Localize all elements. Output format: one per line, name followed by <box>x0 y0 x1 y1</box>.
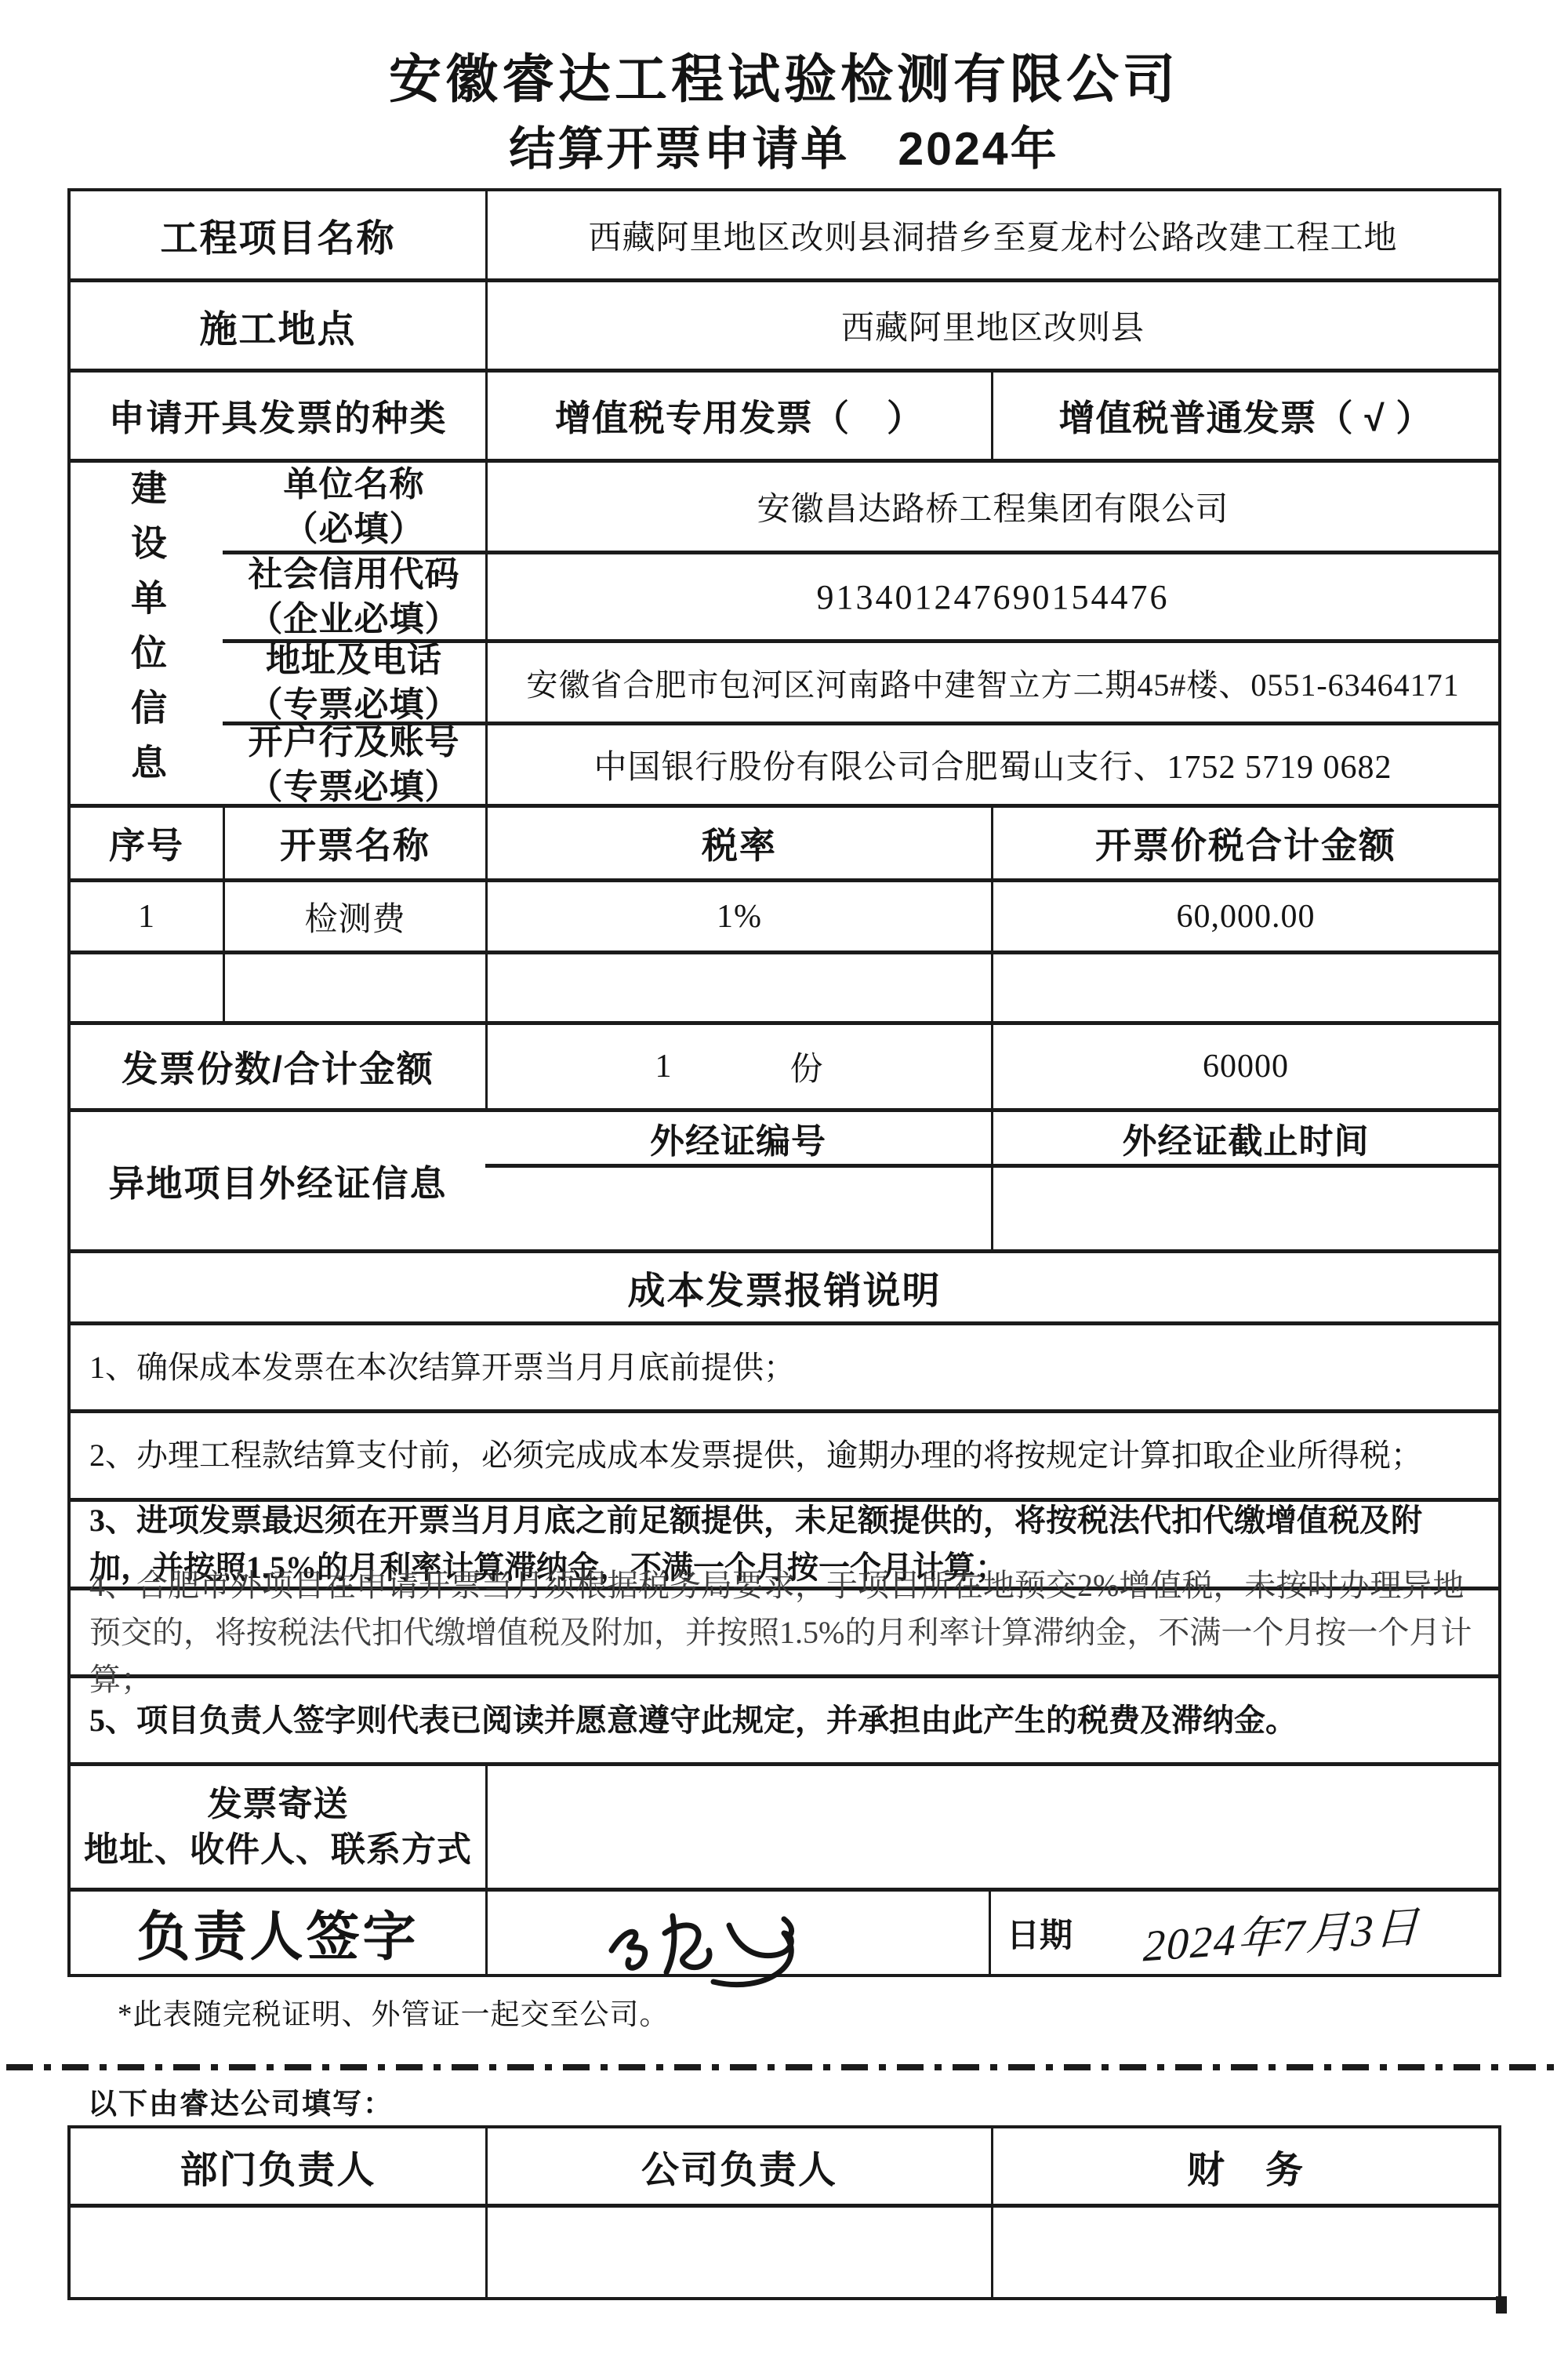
approval-table: 部门负责人 公司负责人 财 务 <box>67 2125 1501 2300</box>
summary-unit: 份 <box>789 1043 823 1090</box>
permit-deadline-value <box>991 1168 1498 1249</box>
notes-title: 成本发票报销说明 <box>71 1253 1498 1321</box>
items-header-row: 序号 开票名称 税率 开票价税合计金额 <box>71 804 1498 878</box>
permit-label: 异地项目外经证信息 <box>71 1112 485 1249</box>
approval-header-finance: 财 务 <box>991 2128 1498 2204</box>
builder-credit-code-label-l1: 社会信用代码 <box>249 552 460 597</box>
approval-header-department: 部门负责人 <box>71 2128 485 2204</box>
builder-bank-label-l1: 开户行及账号 <box>249 720 460 765</box>
item-2-no <box>71 954 223 1021</box>
item-1-amount: 60,000.00 <box>991 882 1498 951</box>
row-project-name: 工程项目名称 西藏阿里地区改则县洞措乡至夏龙村公路改建工程工地 <box>71 191 1498 278</box>
note-4: 4、合肥市外项目在申请开票当月须根据税务局要求，于项目所在地预交2%增值税，未按… <box>71 1590 1498 1674</box>
builder-address-value: 安徽省合肥市包河区河南路中建智立方二期45#楼、0551-63464171 <box>485 643 1498 722</box>
mailing-value <box>485 1766 1498 1888</box>
item-2-rate <box>485 954 991 1021</box>
invoice-kind-general: 增值税普通发票（ √ ） <box>991 373 1498 459</box>
note-row-1: 1、确保成本发票在本次结算开票当月月底前提供； <box>71 1321 1498 1409</box>
permit-value-row <box>485 1164 1498 1249</box>
builder-rows: 单位名称（必填） 安徽昌达路桥工程集团有限公司 社会信用代码（企业必填） 913… <box>223 463 1498 804</box>
note-row-2: 2、办理工程款结算支付前，必须完成成本发票提供，逾期办理的将按规定计算扣取企业所… <box>71 1409 1498 1498</box>
form-title: 结算开票申请单 2024年 <box>0 111 1568 178</box>
builder-name-label-l2: （必填） <box>284 507 425 551</box>
builder-bank-label-l2: （专票必填） <box>249 765 460 809</box>
cut-line-divider <box>6 2064 1562 2070</box>
project-name-value: 西藏阿里地区改则县洞措乡至夏龙村公路改建工程工地 <box>485 191 1498 278</box>
permit-deadline-header: 外经证截止时间 <box>991 1112 1498 1164</box>
invoice-kind-special: 增值税专用发票（ ） <box>485 373 991 459</box>
mailing-row: 发票寄送地址、收件人、联系方式 <box>71 1762 1498 1888</box>
item-1-name: 检测费 <box>223 882 485 951</box>
builder-name-label: 单位名称（必填） <box>223 463 485 551</box>
note-1: 1、确保成本发票在本次结算开票当月月底前提供； <box>71 1325 1498 1409</box>
summary-row: 发票份数/合计金额 1 份 60000 <box>71 1021 1498 1108</box>
main-form-table: 工程项目名称 西藏阿里地区改则县洞措乡至夏龙村公路改建工程工地 施工地点 西藏阿… <box>67 188 1501 1977</box>
approval-value-company <box>485 2208 991 2297</box>
item-2-amount <box>991 954 1498 1021</box>
builder-name-value: 安徽昌达路桥工程集团有限公司 <box>485 463 1498 551</box>
summary-amount: 60000 <box>991 1025 1498 1108</box>
mailing-label-l2: 地址、收件人、联系方式 <box>84 1827 472 1872</box>
row-invoice-kind: 申请开具发票的种类 增值税专用发票（ ） 增值税普通发票（ √ ） <box>71 369 1498 459</box>
summary-count-cell: 1 份 <box>485 1025 991 1108</box>
signature-label: 负责人签字 <box>71 1892 485 1974</box>
date-handwriting: 2024年7月3日 <box>1142 1892 1421 1974</box>
approval-value-finance <box>991 2208 1498 2297</box>
approval-header-row: 部门负责人 公司负责人 财 务 <box>71 2128 1498 2204</box>
date-cell: 日期 2024年7月3日 <box>989 1892 1498 1974</box>
mailing-label: 发票寄送地址、收件人、联系方式 <box>71 1766 485 1888</box>
item-row-2 <box>71 951 1498 1021</box>
signature-cell <box>485 1892 989 1974</box>
scan-speck <box>1496 2296 1507 2314</box>
builder-address-label: 地址及电话（专票必填） <box>223 643 485 722</box>
approval-value-row <box>71 2204 1498 2297</box>
permit-header-row: 外经证编号 外经证截止时间 <box>485 1112 1498 1164</box>
item-1-no: 1 <box>71 882 223 951</box>
permit-block: 异地项目外经证信息 外经证编号 外经证截止时间 <box>71 1108 1498 1249</box>
item-row-1: 1 检测费 1% 60,000.00 <box>71 878 1498 951</box>
builder-credit-code-label: 社会信用代码（企业必填） <box>223 554 485 639</box>
approval-value-department <box>71 2208 485 2297</box>
builder-credit-code-label-l2: （企业必填） <box>249 597 460 642</box>
builder-name-label-l1: 单位名称 <box>284 462 425 507</box>
date-label: 日期 <box>1007 1910 1073 1957</box>
builder-info-block: 建设单位信息 单位名称（必填） 安徽昌达路桥工程集团有限公司 社会信用代码（企业… <box>71 459 1498 804</box>
approval-header-company: 公司负责人 <box>485 2128 991 2204</box>
builder-row-address: 地址及电话（专票必填） 安徽省合肥市包河区河南路中建智立方二期45#楼、0551… <box>223 639 1498 722</box>
summary-label: 发票份数/合计金额 <box>71 1025 485 1108</box>
footnote: *此表随完税证明、外管证一起交至公司。 <box>118 1990 670 2033</box>
note-row-5: 5、项目负责人签字则代表已阅读并愿意遵守此规定，并承担由此产生的税费及滞纳金。 <box>71 1674 1498 1762</box>
permit-no-header: 外经证编号 <box>485 1112 991 1164</box>
notes-title-row: 成本发票报销说明 <box>71 1249 1498 1321</box>
builder-credit-code-value: 913401247690154476 <box>485 554 1498 639</box>
row-site: 施工地点 西藏阿里地区改则县 <box>71 278 1498 369</box>
builder-bank-label: 开户行及账号（专票必填） <box>223 725 485 804</box>
invoice-kind-label: 申请开具发票的种类 <box>71 373 485 459</box>
note-2: 2、办理工程款结算支付前，必须完成成本发票提供，逾期办理的将按规定计算扣取企业所… <box>71 1413 1498 1498</box>
company-fill-label: 以下由睿达公司填写： <box>88 2080 394 2122</box>
site-value: 西藏阿里地区改则县 <box>485 282 1498 369</box>
builder-side-label-cell: 建设单位信息 <box>71 463 223 804</box>
builder-row-bank: 开户行及账号（专票必填） 中国银行股份有限公司合肥蜀山支行、1752 5719 … <box>223 722 1498 804</box>
permit-no-value <box>485 1168 991 1249</box>
items-header-name: 开票名称 <box>223 808 485 878</box>
signature-row: 负责人签字 日期 2024年7月3日 <box>71 1888 1498 1974</box>
mailing-label-l1: 发票寄送 <box>84 1782 472 1826</box>
signature-handwriting <box>597 1885 880 2002</box>
items-header-amount: 开票价税合计金额 <box>991 808 1498 878</box>
site-label: 施工地点 <box>71 282 485 369</box>
permit-sub: 外经证编号 外经证截止时间 <box>485 1112 1498 1249</box>
builder-row-credit-code: 社会信用代码（企业必填） 913401247690154476 <box>223 551 1498 639</box>
item-1-rate: 1% <box>485 882 991 951</box>
builder-row-name: 单位名称（必填） 安徽昌达路桥工程集团有限公司 <box>223 463 1498 551</box>
items-header-rate: 税率 <box>485 808 991 878</box>
builder-address-label-l1: 地址及电话 <box>249 638 460 682</box>
builder-side-label: 建设单位信息 <box>129 469 165 798</box>
company-title: 安徽睿达工程试验检测有限公司 <box>0 38 1568 113</box>
item-2-name <box>223 954 485 1021</box>
builder-bank-value: 中国银行股份有限公司合肥蜀山支行、1752 5719 0682 <box>485 725 1498 804</box>
project-name-label: 工程项目名称 <box>71 191 485 278</box>
note-5: 5、项目负责人签字则代表已阅读并愿意遵守此规定，并承担由此产生的税费及滞纳金。 <box>71 1678 1498 1762</box>
items-header-no: 序号 <box>71 808 223 878</box>
summary-count: 1 <box>655 1048 672 1085</box>
note-row-4: 4、合肥市外项目在申请开票当月须根据税务局要求，于项目所在地预交2%增值税，未按… <box>71 1587 1498 1674</box>
